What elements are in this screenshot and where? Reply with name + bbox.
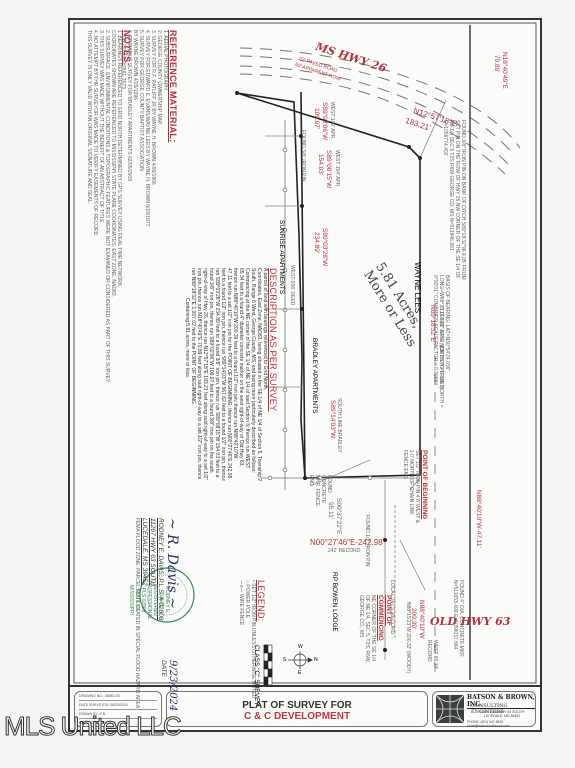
mls-watermark: MLS United LLC xyxy=(4,711,181,742)
call-s89-08: S89°08'15"W xyxy=(324,150,332,188)
plat-title-box: PLAT OF SURVEY FOR C & C DEVELOPMENT xyxy=(166,691,428,727)
batson-brown-logo-icon xyxy=(436,695,464,723)
plat-title: PLAT OF SURVEY FOR xyxy=(167,700,427,711)
adjoiner-wayne-lees: WAYNE LEES xyxy=(413,262,422,313)
call-s89-14: S89°14'03"W xyxy=(328,400,336,438)
call-s89-08-dist: 154.03' xyxy=(316,154,324,175)
call-s00-37: S00°37'22"E xyxy=(334,498,342,535)
record-west-note: WEST 65.34' RECORD xyxy=(426,640,438,670)
call-s89-03-dist: 234.89' xyxy=(312,232,320,253)
survey-drawing: MS HWY 26 22' PAVED ROAD 60' APPARENT RO… xyxy=(70,20,540,685)
call-n88-47: N88°40'10"W-47.11' xyxy=(474,490,482,548)
found-4in-note: FOUND 4" DIA. CONCRETE MKR. N=511653.499… xyxy=(452,580,464,660)
call-n00-27-record: 242' RECORD xyxy=(328,548,360,554)
firm-box: BATSON & BROWN, INC. CONSULTING ENGINEER… xyxy=(432,691,536,727)
firm-phone: PHONE: (601) 947-8619 email@batsonandbro… xyxy=(467,720,535,728)
client-name: C & C DEVELOPMENT xyxy=(167,711,427,722)
compass-n: N xyxy=(314,657,318,663)
adjoiner-bradley: BRADLEY APARTMENTS xyxy=(310,338,318,414)
found-ne-note: FOUND 3/8" IRON PIN ON BANK OF DITCH S89… xyxy=(442,120,466,280)
call-n18: N18°40'49"E xyxy=(500,52,508,89)
call-n18-dist: 70.89' xyxy=(492,55,500,73)
firm-address: 11267 OLD HWY 63 SOUTH LUCEDALE, MS 3945… xyxy=(477,710,527,718)
adjoiner-sunrise: SUNRISE APARTMENTS xyxy=(277,220,285,294)
call-n88-200-record: N88°15'23"W 200.32' (WOODY) xyxy=(405,602,411,674)
call-n00-27: N00°27'46"E-242.98' xyxy=(310,538,384,547)
call-s89-08-record: WEST 154' APR. xyxy=(334,150,340,188)
reference-material-section: REFERENCE MATERIAL: 1. AERIAL PHOTOGRAPH… xyxy=(120,30,178,310)
plat-sheet: MS HWY 26 22' PAVED ROAD 60' APPARENT RO… xyxy=(68,18,542,732)
adjoiner-bowen: RP BOWEN LODGE xyxy=(330,572,338,632)
point-of-beginning: POINT OF BEGINNING SET 1/2" IRON PIN 4.8… xyxy=(402,450,428,530)
found-concrete-note: FOUND CONCRETE MKR. FENCE END xyxy=(308,475,332,515)
description-section: DESCRIPTION AS PER SURVEY A parcel of la… xyxy=(184,268,278,568)
call-n88-200: N88°40'10"W xyxy=(417,600,425,639)
call-s89-14-record: SOUTH LINE BRADLEY xyxy=(336,398,342,453)
call-s89-02-dist: 109.97' xyxy=(312,108,320,129)
call-s89-02: S89°02'06"W xyxy=(320,102,328,140)
found-half-note: FOUND 1/2" IRON PIN xyxy=(364,515,370,567)
north-arrow-icon xyxy=(288,651,312,669)
found-38-note: FOUND 3/8" IRON PIN xyxy=(300,130,306,182)
compass-w: W xyxy=(298,644,303,650)
compass-s: S xyxy=(283,657,286,663)
seal-text: RODNEY E. DAVIS REGISTERED PROFESSIONAL … xyxy=(128,580,170,620)
call-s89-02-record: WEST 100' APR. xyxy=(329,102,335,140)
call-s89-03: S89°03'28"W xyxy=(320,228,328,266)
west-line-deed: WEST-936' DEED xyxy=(289,265,295,305)
old-hwy-63-label: OLD HWY 63 xyxy=(430,615,510,628)
compass-e: E xyxy=(298,670,301,676)
basis-of-bearing: BASIS OF BEARING: LAT=N30°54'24.036" LON… xyxy=(432,275,450,425)
point-of-commencing: POINT OF COMMENCING NE CORNER OF THE SE … xyxy=(358,595,392,665)
